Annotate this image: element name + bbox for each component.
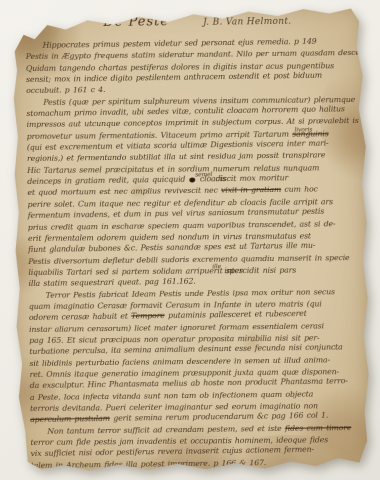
text-segment: talem in Archeum fides illa potest impri… <box>31 458 267 470</box>
text-segment: Tempore <box>131 311 165 320</box>
text-segment: a Peste, loca infecta vitanda sunt non t… <box>30 389 313 401</box>
text-segment: regionis,) et fermentando subtiliat illa… <box>27 151 325 164</box>
text-segment: Non tantum terror sufficit ad creandam p… <box>47 424 285 436</box>
text-segment: vixit in gratiam <box>221 185 281 195</box>
paper-wrapper: De Peste J. B. Van Helmont. Hippocrates … <box>3 0 375 478</box>
text-segment: ille <box>212 263 221 270</box>
text-segment: deinceps in gratiam redit, quia quicquid <box>27 175 188 186</box>
text-segment: et quod mortuum est nec amplius revivesc… <box>27 186 221 197</box>
text-segment: instar aliarum cerasorum) licet mater ig… <box>29 321 324 334</box>
text-segment: livoris <box>295 126 313 133</box>
text-segment: odorem cerasæ habuit et <box>29 312 131 323</box>
text-segment: discit mox moritur <box>212 173 288 183</box>
text-segment: fides cum timore <box>285 423 351 433</box>
manuscript-content: De Peste J. B. Van Helmont. Hippocrates … <box>25 12 367 472</box>
text-segment: putaminis pallesceret et rubesceret <box>165 309 307 320</box>
text-segment: occubuit. p 161 c 4. <box>26 85 105 95</box>
text-segment: Terror Pestis fabricat Ideam Pestis unde… <box>46 287 335 300</box>
text-segment: illa statim sequestrari queat. pag 161.1… <box>28 277 195 288</box>
author-name: J. B. Van Helmont. <box>203 17 291 28</box>
manuscript-page: De Peste J. B. Van Helmont. Hippocrates … <box>3 0 375 478</box>
text-segment: semel <box>195 171 212 178</box>
text-segment: cum hoc <box>281 185 318 194</box>
text-segment: aperculum pustulam <box>30 414 110 424</box>
text-segment: gerit semina rerum producendarum &c pag … <box>110 411 328 423</box>
manuscript-lines: Hippocrates primus pestem videtur sed pe… <box>26 36 367 471</box>
work-title: De Peste <box>103 14 169 30</box>
manuscript-photo: De Peste J. B. Van Helmont. Hippocrates … <box>0 0 380 480</box>
